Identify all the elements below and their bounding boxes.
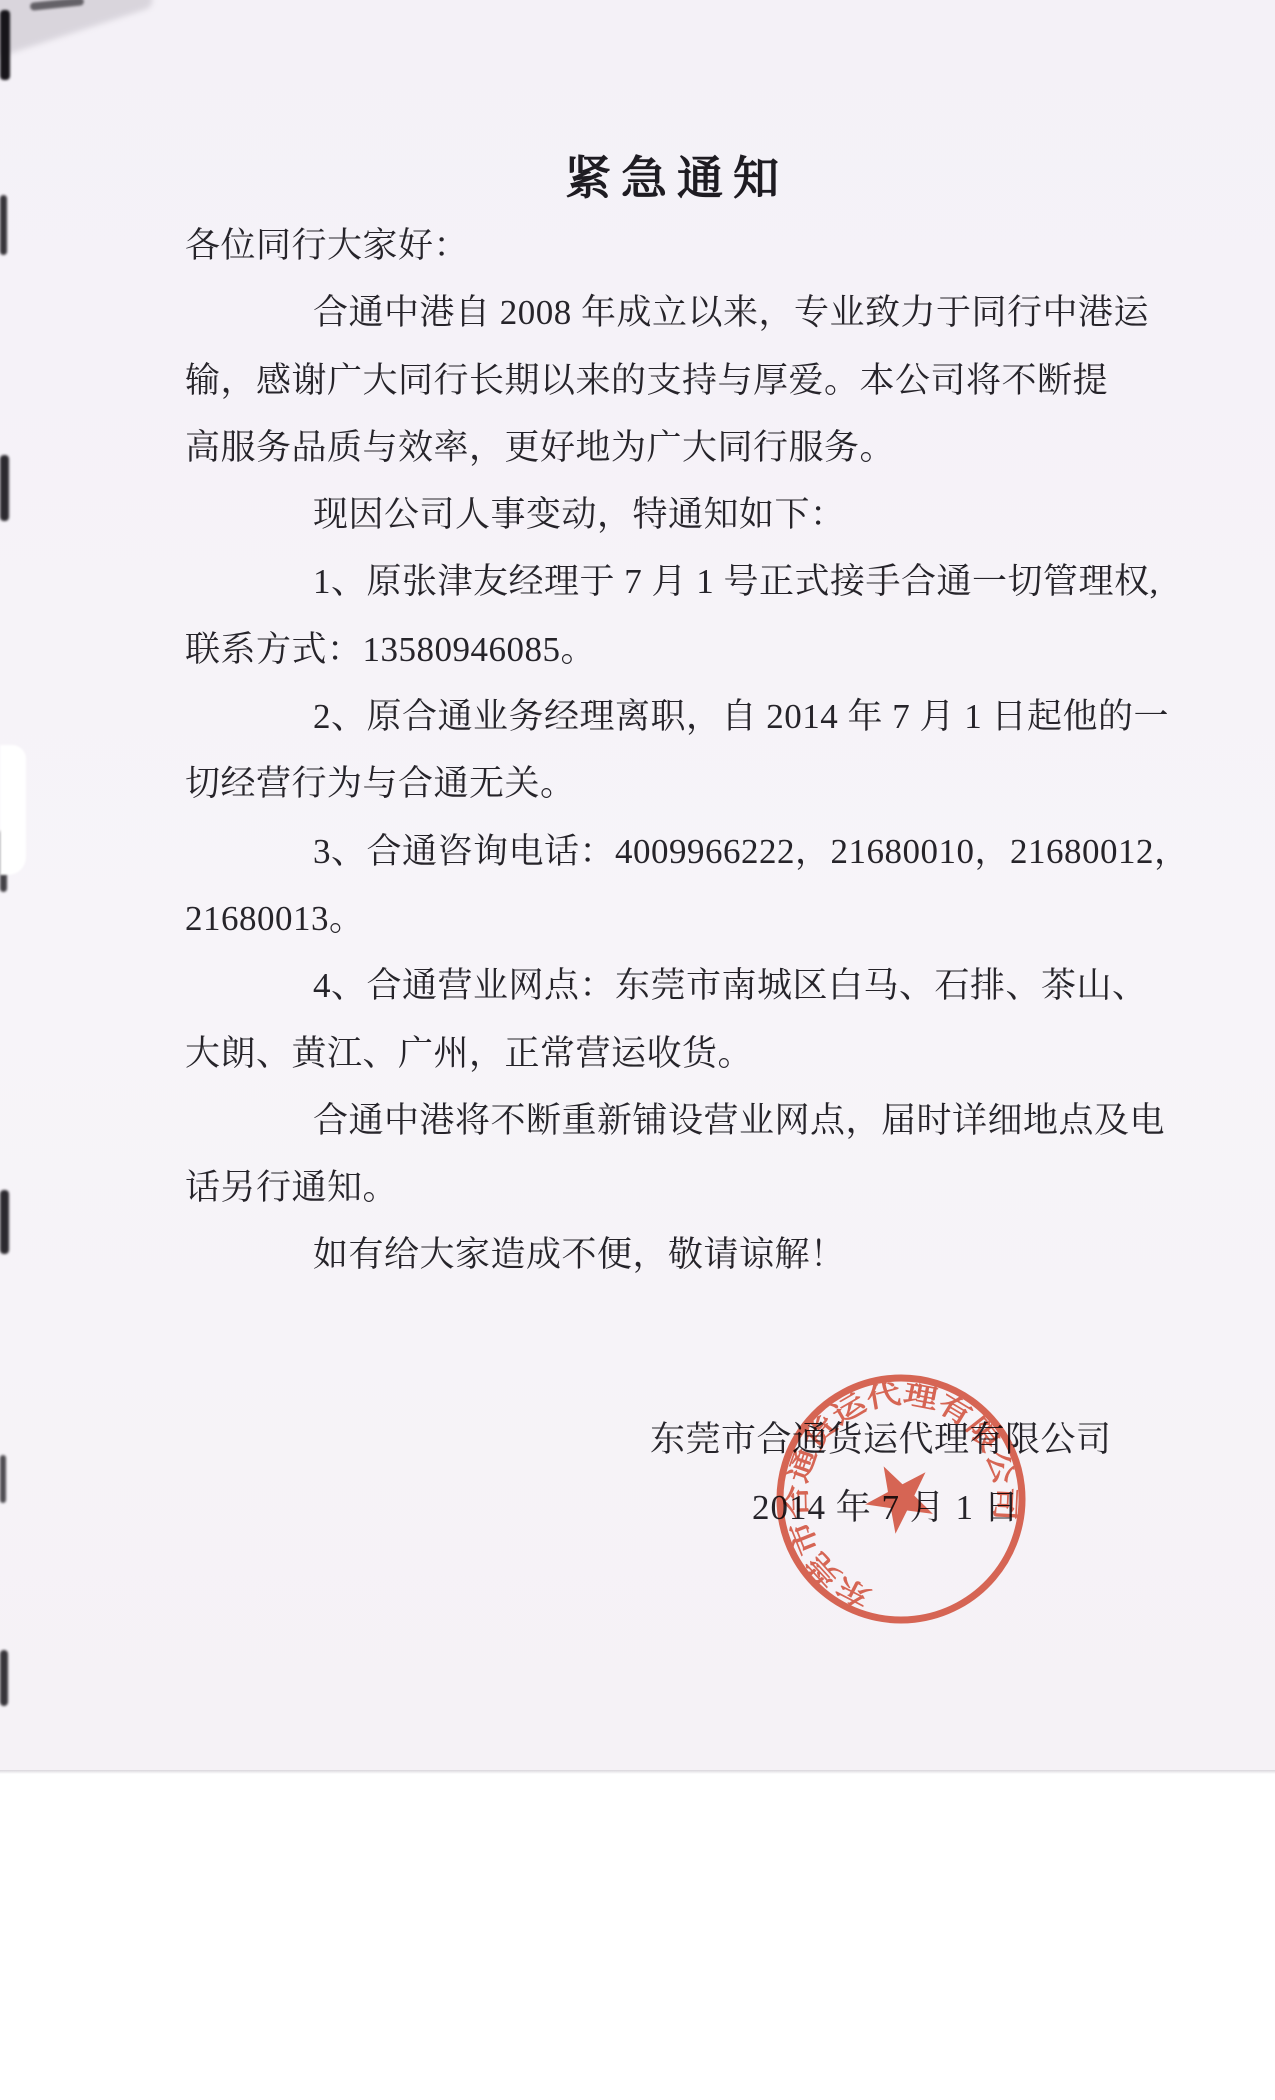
- scan-artifact: [0, 745, 26, 875]
- notice-line: 现因公司人事变动，特通知如下：: [185, 481, 1145, 548]
- notice-line: 大朗、黄江、广州，正常营运收货。: [185, 1020, 1145, 1087]
- notice-title: 紧急通知: [211, 142, 1143, 208]
- notice-line: 输，感谢广大同行长期以来的支持与厚爱。本公司将不断提: [185, 347, 1145, 414]
- notice-line: 4、合通营业网点：东莞市南城区白马、石排、茶山、: [185, 952, 1145, 1019]
- scan-artifact: [0, 1455, 6, 1503]
- notice-line: 合通中港将不断重新铺设营业网点，届时详细地点及电: [185, 1087, 1145, 1154]
- scan-artifact: [0, 1190, 9, 1254]
- paper-bottom-edge: [0, 1770, 1275, 1774]
- notice-line: 切经营行为与合通无关。: [185, 750, 1145, 817]
- scanned-notice-page: 紧急通知 各位同行大家好：合通中港自 2008 年成立以来，专业致力于同行中港运…: [0, 0, 1275, 2100]
- notice-line: 各位同行大家好：: [185, 212, 1145, 279]
- notice-line: 3、合通咨询电话：4009966222，21680010，21680012，: [185, 818, 1145, 885]
- star-icon: [853, 1450, 944, 1540]
- notice-line: 合通中港自 2008 年成立以来，专业致力于同行中港运: [185, 279, 1145, 346]
- scan-artifact: [0, 455, 9, 521]
- notice-line: 2、原合通业务经理离职，自 2014 年 7 月 1 日起他的一: [185, 683, 1145, 750]
- notice-line: 21680013。: [185, 885, 1145, 952]
- notice-body: 各位同行大家好：合通中港自 2008 年成立以来，专业致力于同行中港运输，感谢广…: [185, 212, 1145, 1289]
- notice-line: 1、原张津友经理于 7 月 1 号正式接手合通一切管理权,: [185, 548, 1145, 615]
- scan-artifact: [0, 1650, 8, 1706]
- notice-line: 联系方式：13580946085。: [185, 616, 1145, 683]
- scan-artifact: [0, 195, 7, 255]
- notice-line: 话另行通知。: [185, 1154, 1145, 1221]
- notice-line: 如有给大家造成不便，敬请谅解！: [185, 1221, 1145, 1288]
- scan-artifact: [0, 10, 10, 80]
- notice-line: 高服务品质与效率，更好地为广大同行服务。: [185, 414, 1145, 481]
